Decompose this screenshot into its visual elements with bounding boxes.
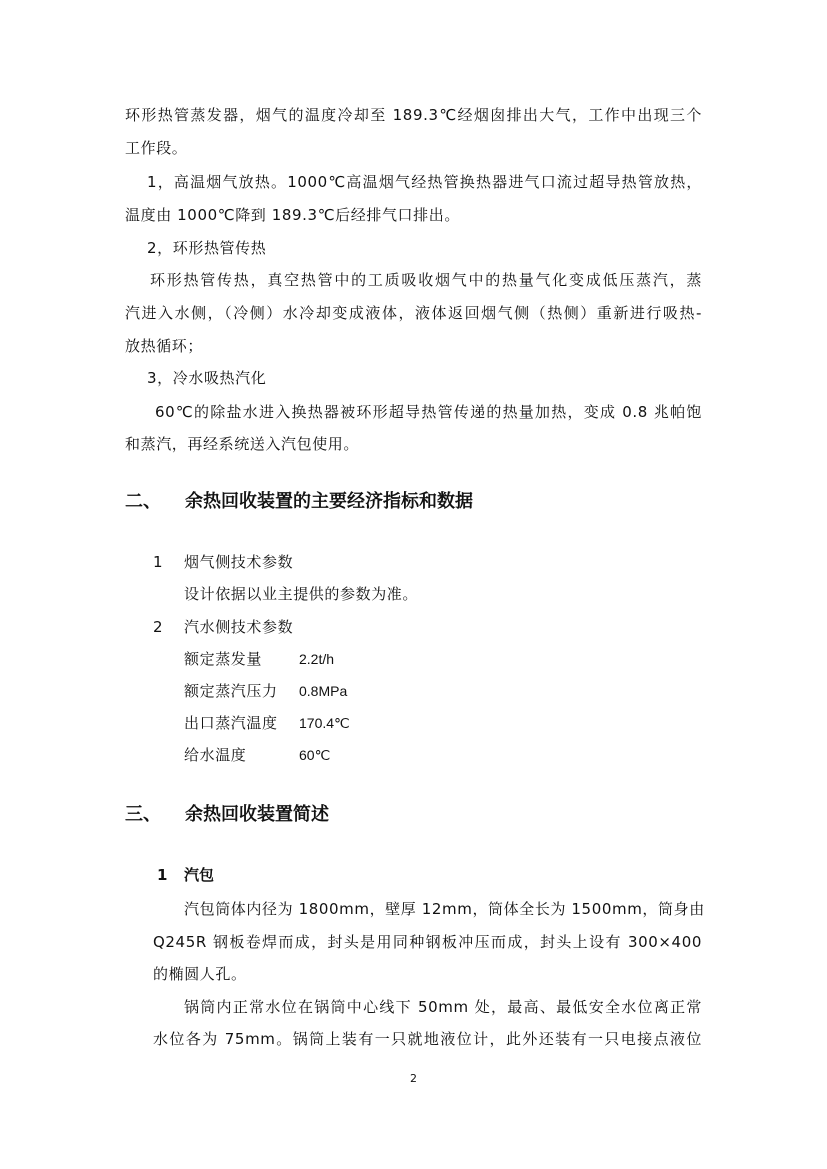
stage-2-title: 2，环形热管传热 <box>147 238 266 258</box>
item-number: 1 <box>153 552 163 572</box>
stage-2-line: 汽进入水侧，（冷侧）水冷却变成液体，液体返回烟气侧（热侧）重新进行吸热- <box>125 303 702 323</box>
param-label: 额定蒸发量 <box>184 649 262 669</box>
document-page: 环形热管蒸发器，烟气的温度冷却至 189.3℃经烟囱排出大气，工作中出现三个 工… <box>0 0 827 1169</box>
param-label: 额定蒸汽压力 <box>184 681 278 701</box>
section-title: 余热回收装置的主要经济指标和数据 <box>185 491 473 512</box>
section-2-heading: 二、余热回收装置的主要经济指标和数据 <box>125 490 473 514</box>
paragraph-line: 锅筒内正常水位在锅筒中心线下 50mm 处，最高、最低安全水位离正常 <box>184 997 702 1017</box>
param-value: 170.4℃ <box>299 713 350 733</box>
stage-3-title: 3，冷水吸热汽化 <box>147 368 266 388</box>
paragraph-line: 的椭圆人孔。 <box>153 964 247 984</box>
section-title: 余热回收装置简述 <box>185 804 329 825</box>
paragraph-line: 水位各为 75mm。锅筒上装有一只就地液位计，此外还装有一只电接点液位 <box>153 1029 702 1049</box>
param-value: 0.8MPa <box>299 681 347 701</box>
stage-1-line: 温度由 1000℃降到 189.3℃后经排气口排出。 <box>125 205 460 225</box>
item-text: 设计依据以业主提供的参数为准。 <box>184 584 418 604</box>
item-number: 2 <box>153 617 163 637</box>
section-number: 二、 <box>125 490 185 514</box>
paragraph-line: 工作段。 <box>125 138 187 158</box>
subsection-heading: 1汽包 <box>157 865 214 885</box>
param-value: 2.2t/h <box>299 649 334 669</box>
param-label: 出口蒸汽温度 <box>184 713 278 733</box>
item-title: 汽水侧技术参数 <box>184 617 293 637</box>
param-value: 60℃ <box>299 745 330 765</box>
stage-2-line: 环形热管传热，真空热管中的工质吸收烟气中的热量气化变成低压蒸汽，蒸 <box>150 270 702 290</box>
page-number: 2 <box>0 1072 827 1085</box>
subsection-title: 汽包 <box>184 866 214 884</box>
item-title: 烟气侧技术参数 <box>184 552 293 572</box>
paragraph-line: 环形热管蒸发器，烟气的温度冷却至 189.3℃经烟囱排出大气，工作中出现三个 <box>125 105 702 125</box>
paragraph-line: 汽包筒体内径为 1800mm，壁厚 12mm，筒体全长为 1500mm，筒身由 <box>184 899 702 919</box>
stage-1-line: 1，高温烟气放热。1000℃高温烟气经热管换热器进气口流过超导热管放热， <box>147 172 702 192</box>
stage-3-line: 60℃的除盐水进入换热器被环形超导热管传递的热量加热，变成 0.8 兆帕饱 <box>155 402 702 422</box>
paragraph-line: Q245R 钢板卷焊而成，封头是用同种钢板冲压而成，封头上设有 300×400 <box>153 932 702 952</box>
section-3-heading: 三、余热回收装置简述 <box>125 803 329 827</box>
section-number: 三、 <box>125 803 185 827</box>
stage-2-line: 放热循环； <box>125 336 203 356</box>
param-label: 给水温度 <box>184 745 246 765</box>
stage-3-line: 和蒸汽，再经系统送入汽包使用。 <box>125 434 359 454</box>
subsection-number: 1 <box>157 865 184 885</box>
